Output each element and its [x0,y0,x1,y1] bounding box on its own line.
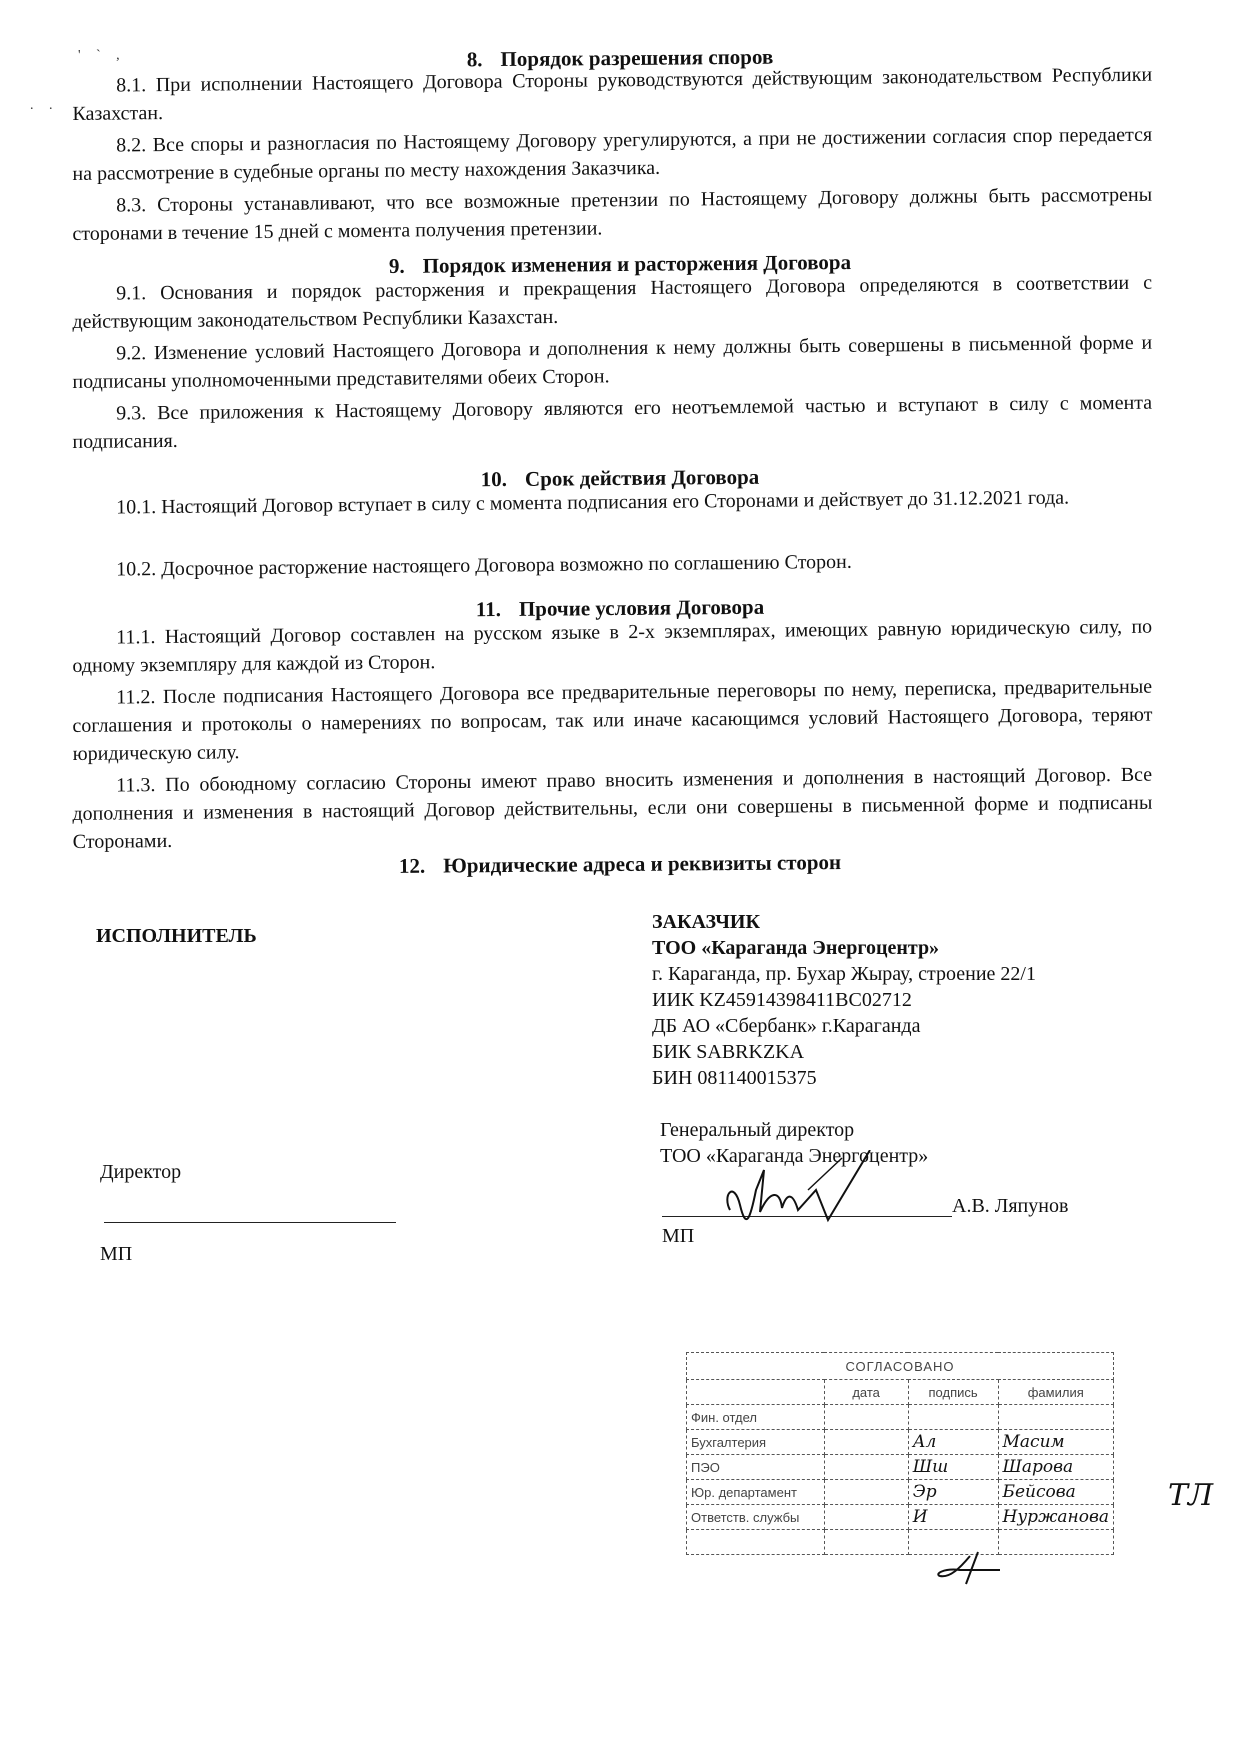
clause-id: 10.2. [116,558,156,580]
section-number: 12. [399,854,425,878]
customer-signature-icon [720,1150,880,1230]
row-date [824,1455,908,1480]
executor-signatory-title: Директор [100,1158,181,1186]
row-surname: Бейсова [998,1480,1114,1505]
clause-9-2: 9.2. Изменение условий Настоящего Догово… [72,329,1153,396]
approval-column-headers: дата подпись фамилия [687,1380,1114,1405]
clause-id: 9.2. [116,342,146,364]
approval-stamp-table: СОГЛАСОВАНО дата подпись фамилия Фин. от… [686,1352,1114,1555]
column-header-surname: фамилия [998,1380,1114,1405]
clause-text: Досрочное расторжение настоящего Договор… [161,551,852,580]
row-date [824,1405,908,1430]
approval-stamp-title: СОГЛАСОВАНО [687,1353,1114,1380]
margin-initials: ТЛ [1168,1478,1213,1513]
row-signature [908,1405,998,1430]
row-signature: Ал [908,1430,998,1455]
row-dept: ПЭО [687,1455,825,1480]
table-row: Ответств. службы И Нуржанова [687,1505,1114,1530]
approval-bottom-signature-icon [930,1548,1020,1588]
clause-11-3: 11.3. По обоюдному согласию Стороны имею… [72,761,1153,856]
clause-id: 8.3. [116,194,146,216]
row-dept: Бухгалтерия [687,1430,825,1455]
customer-signatory-title: Генеральный директор [660,1116,854,1144]
section-title: Юридические адреса и реквизиты сторон [443,850,841,877]
clause-text: Настоящий Договор составлен на русском я… [72,616,1152,677]
clause-text: При исполнении Настоящего Договора Сторо… [72,64,1152,125]
clause-11-1: 11.1. Настоящий Договор составлен на рус… [72,613,1153,680]
clause-text: Настоящий Договор вступает в силу с моме… [161,487,1069,519]
clause-9-3: 9.3. Все приложения к Настоящему Договор… [72,389,1153,456]
clause-id: 10.1. [116,496,156,518]
row-signature: Эр [908,1480,998,1505]
clause-text: По обоюдному согласию Стороны имеют прав… [72,764,1152,853]
table-row [687,1530,1114,1555]
clause-text: Основания и порядок расторжения и прекра… [72,272,1152,333]
clause-id: 8.1. [116,74,146,96]
customer-bin: БИН 081140015375 [652,1064,817,1092]
table-row: Бухгалтерия Ал Масим [687,1430,1114,1455]
section-number: 11. [476,597,501,621]
clause-id: 8.2. [116,134,146,156]
section-number: 10. [481,467,507,491]
clause-9-1: 9.1. Основания и порядок расторжения и п… [72,269,1153,336]
table-row: Фин. отдел [687,1405,1114,1430]
customer-company: ТОО «Караганда Энергоцентр» [652,934,939,962]
document-page: ' ` , . . 8.Порядок разрешения споров 8.… [0,0,1240,1754]
row-signature: Шш [908,1455,998,1480]
clause-text: Все приложения к Настоящему Договору явл… [72,392,1152,453]
executor-label: ИСПОЛНИТЕЛЬ [96,922,257,950]
clause-id: 9.1. [116,282,146,304]
customer-label: ЗАКАЗЧИК [652,908,760,936]
clause-11-2: 11.2. После подписания Настоящего Догово… [72,673,1153,768]
row-surname [998,1405,1114,1430]
executor-signature-line [104,1222,396,1223]
clause-text: После подписания Настоящего Договора все… [72,676,1152,765]
clause-text: Стороны устанавливают, что все возможные… [72,184,1152,245]
customer-bik: БИК SABRKZKA [652,1038,804,1066]
row-dept: Фин. отдел [687,1405,825,1430]
scan-artifact: . . [30,98,59,114]
customer-address: г. Караганда, пр. Бухар Жырау, строение … [652,960,1036,988]
column-header-signature: подпись [908,1380,998,1405]
table-row: Юр. департамент Эр Бейсова [687,1480,1114,1505]
column-header [687,1380,825,1405]
row-date [824,1530,908,1555]
clause-8-1: 8.1. При исполнении Настоящего Договора … [72,61,1153,128]
row-surname: Масим [998,1430,1114,1455]
clause-8-2: 8.2. Все споры и разногласия по Настояще… [72,121,1153,188]
row-dept [687,1530,825,1555]
row-surname: Шарова [998,1455,1114,1480]
row-dept: Юр. департамент [687,1480,825,1505]
clause-8-3: 8.3. Стороны устанавливают, что все возм… [72,181,1153,248]
customer-signatory-name: А.В. Ляпунов [952,1192,1068,1220]
clause-10-2: 10.2. Досрочное расторжение настоящего Д… [72,545,1152,584]
customer-bank: ДБ АО «Сбербанк» г.Караганда [652,1012,920,1040]
table-row: ПЭО Шш Шарова [687,1455,1114,1480]
customer-iik: ИИК KZ45914398411BC02712 [652,986,912,1014]
clause-id: 11.1. [116,626,155,648]
row-surname: Нуржанова [998,1505,1114,1530]
executor-stamp-label: МП [100,1240,132,1268]
clause-id: 9.3. [116,402,146,424]
clause-text: Все споры и разногласия по Настоящему До… [72,124,1152,185]
section-number: 9. [389,254,405,278]
customer-stamp-label: МП [662,1222,694,1250]
column-header-date: дата [824,1380,908,1405]
clause-id: 11.3. [116,774,155,796]
clause-text: Изменение условий Настоящего Договора и … [72,332,1152,393]
clause-id: 11.2. [116,686,155,708]
row-signature: И [908,1505,998,1530]
row-dept: Ответств. службы [687,1505,825,1530]
row-date [824,1480,908,1505]
row-date [824,1430,908,1455]
row-date [824,1505,908,1530]
